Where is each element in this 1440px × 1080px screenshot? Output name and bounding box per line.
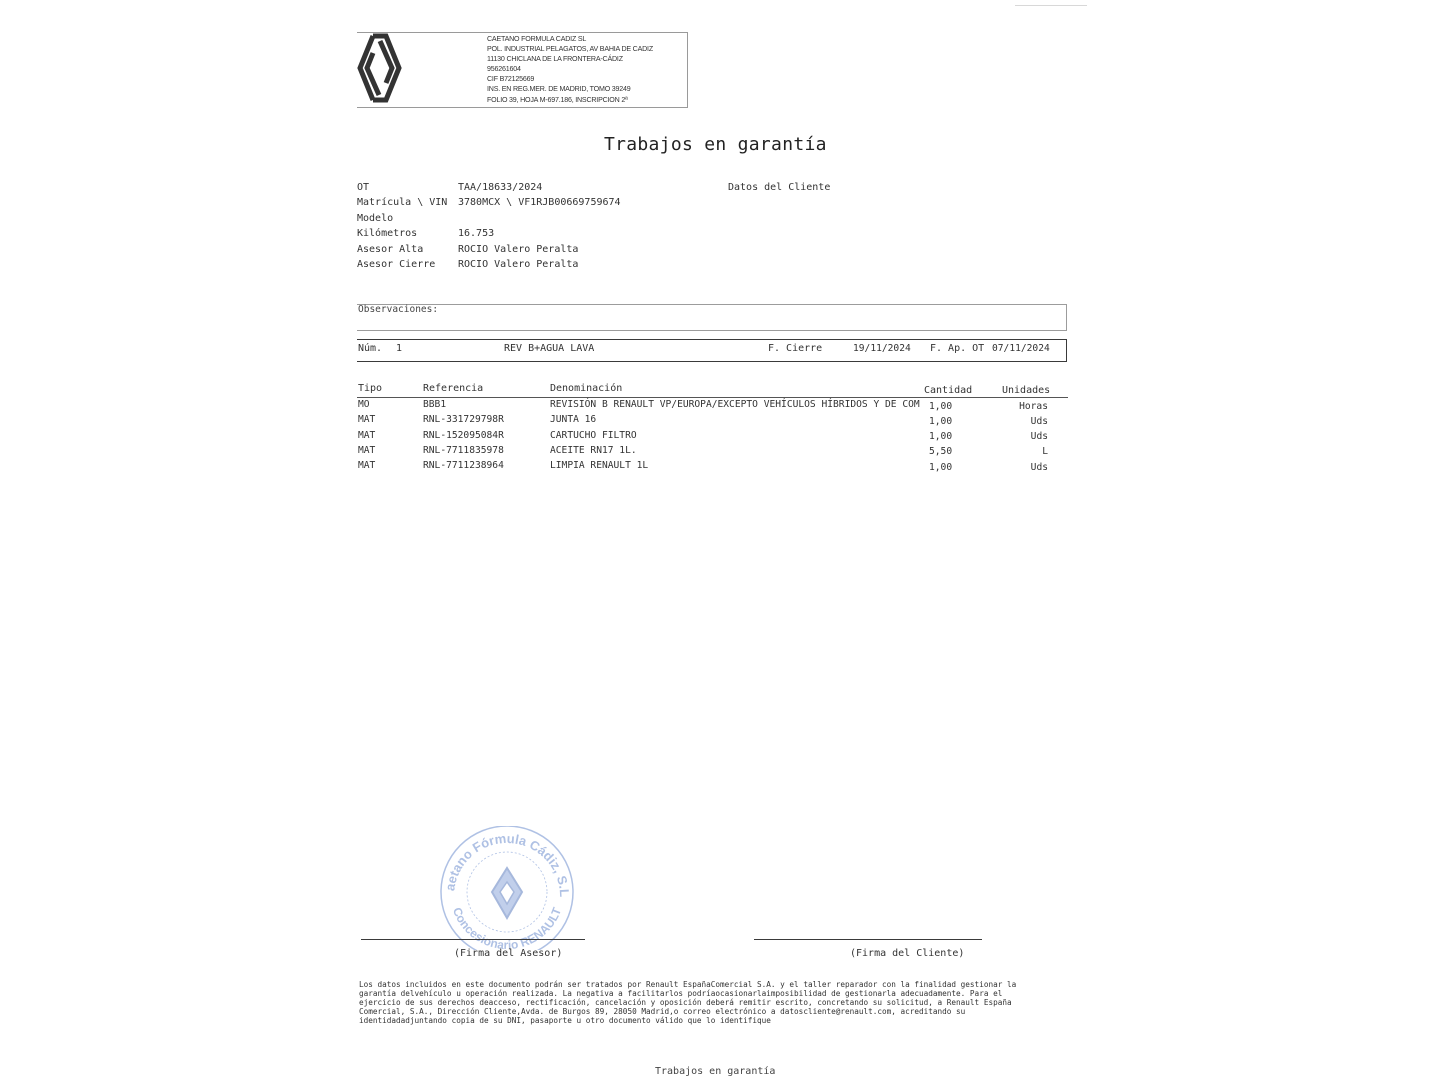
col-header-referencia: Referencia [423,383,483,394]
info-label: Modelo [357,211,458,226]
privacy-line: identidadadjuntando copia de su DNI, pas… [359,1016,1016,1025]
col-header-denominacion: Denominación [550,383,622,394]
company-stamp: Caetano Fórmula Cádiz, S.L. Concesionari… [436,826,578,950]
cell-unidades: Horas [1019,401,1048,416]
col-header-unidades: Unidades [1002,385,1050,396]
privacy-line: Comercial, S.A., Dirección Cliente,Avda.… [359,1007,1016,1016]
company-line: INS. EN REG.MER. DE MADRID, TOMO 39249 [487,84,653,94]
observations-box [357,304,1067,331]
info-row-ot: OT TAA/18633/2024 [357,180,621,195]
info-label: Asesor Cierre [357,257,458,272]
cell-unidades: Uds [1031,416,1048,431]
col-header-tipo: Tipo [358,383,382,394]
company-line: CAETANO FORMULA CADIZ SL [487,34,653,44]
company-line: POL. INDUSTRIAL PELAGATOS, AV BAHIA DE C… [487,44,653,54]
client-data-title: Datos del Cliente [728,182,830,193]
cell-referencia: BBB1 [423,399,446,414]
close-date: 19/11/2024 [853,343,911,354]
next-page-title: Trabajos en garantía [655,1066,775,1077]
info-label: Asesor Alta [357,242,458,257]
info-row-advisor-close: Asesor Cierre ROCIO Valero Peralta [357,257,621,272]
cell-tipo: MAT [358,430,375,445]
info-value: 16.753 [458,226,494,241]
job-number-value: 1 [396,343,402,354]
cell-referencia: RNL-331729798R [423,414,504,429]
cell-unidades: Uds [1031,431,1048,446]
info-label: Matrícula \ VIN [357,195,458,210]
cell-denominacion: JUNTA 16 [550,414,596,429]
cell-unidades: Uds [1031,462,1048,477]
renault-logo-icon [357,33,403,103]
table-header-rule [357,397,1068,398]
cell-denominacion: REVISIÓN B RENAULT VP/EUROPA/EXCEPTO VEH… [550,399,920,414]
cell-unidades: L [1042,446,1048,461]
stamp-renault-icon [492,868,522,918]
company-line: 11130 CHICLANA DE LA FRONTERA-CÁDIZ [487,54,653,64]
company-address: CAETANO FORMULA CADIZ SL POL. INDUSTRIAL… [487,34,653,105]
info-value: ROCIO Valero Peralta [458,257,578,272]
job-description: REV B+AGUA LAVA [504,343,594,354]
cell-denominacion: LIMPIA RENAULT 1L [550,460,648,475]
privacy-line: garantía delvehículo u operación realiza… [359,989,1016,998]
info-row-advisor-open: Asesor Alta ROCIO Valero Peralta [357,242,621,257]
close-date-label: F. Cierre [768,343,822,354]
cell-tipo: MAT [358,445,375,460]
cell-cantidad: 1,00 [929,431,952,446]
info-row-plate-vin: Matrícula \ VIN 3780MCX \ VF1RJB00669759… [357,195,621,210]
company-line: 956261604 [487,64,653,74]
open-date: 07/11/2024 [992,343,1050,354]
col-header-cantidad: Cantidad [924,385,972,396]
cell-cantidad: 1,00 [929,462,952,477]
vehicle-info: OT TAA/18633/2024 Matrícula \ VIN 3780MC… [357,180,621,272]
job-number-label: Núm. [358,343,382,354]
document-title: Trabajos en garantía [604,134,827,155]
info-row-km: Kilómetros 16.753 [357,226,621,241]
open-date-label: F. Ap. OT [930,343,984,354]
info-value: TAA/18633/2024 [458,180,542,195]
scan-artifact-line [1015,5,1087,6]
client-signature-label: (Firma del Cliente) [850,948,964,959]
info-value: 3780MCX \ VF1RJB00669759674 [458,195,621,210]
company-line: CIF B72125669 [487,74,653,84]
info-label: Kilómetros [357,226,458,241]
info-label: OT [357,180,458,195]
cell-referencia: RNL-7711835978 [423,445,504,460]
cell-referencia: RNL-152095084R [423,430,504,445]
cell-tipo: MO [358,399,370,414]
cell-cantidad: 1,00 [929,416,952,431]
client-signature-line [754,939,982,940]
cell-cantidad: 1,00 [929,401,952,416]
cell-denominacion: ACEITE RN17 1L. [550,445,637,460]
info-row-model: Modelo [357,211,621,226]
observations-label: Observaciones: [358,304,438,315]
info-value: ROCIO Valero Peralta [458,242,578,257]
privacy-notice: Los datos incluidos en este documento po… [359,980,1016,1025]
privacy-line: Los datos incluidos en este documento po… [359,980,1016,989]
advisor-signature-line [361,939,585,940]
cell-denominacion: CARTUCHO FILTRO [550,430,637,445]
cell-tipo: MAT [358,460,375,475]
cell-cantidad: 5,50 [929,446,952,461]
privacy-line: ejercicio de sus derechos deacceso, rect… [359,998,1016,1007]
cell-tipo: MAT [358,414,375,429]
cell-referencia: RNL-7711238964 [423,460,504,475]
advisor-signature-label: (Firma del Asesor) [454,948,562,959]
company-line: FOLIO 39, HOJA M-697.186, INSCRIPCION 2ª [487,95,653,105]
